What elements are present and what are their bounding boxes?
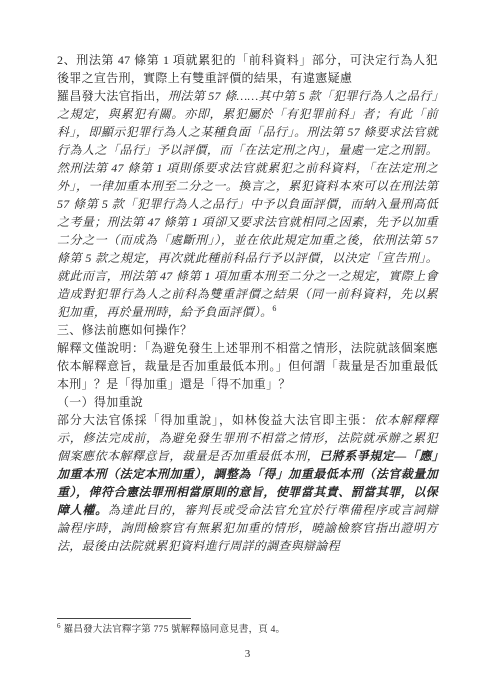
footnote-reference-6: 6 <box>272 304 276 313</box>
page-number: 3 <box>57 648 438 660</box>
document-page: 2、刑法第 47 條第 1 項就累犯的「前科資料」部分，可決定行為人犯後罪之宣告… <box>0 0 494 700</box>
footnote-marker: 6 <box>57 622 61 630</box>
section-heading-2: 2、刑法第 47 條第 1 項就累犯的「前科資料」部分，可決定行為人犯後罪之宣告… <box>57 51 438 87</box>
footnote-area: 6羅昌發大法官釋字第 775 號解釋協同意見書，頁 4。 3 <box>57 618 438 637</box>
page-content: 2、刑法第 47 條第 1 項就累犯的「前科資料」部分，可決定行為人犯後罪之宣告… <box>57 51 438 555</box>
paragraph-ke-jiazhong-shuo: 部分大法官係採「得加重說」，如林俊益大法官即主張：依本解釋釋示，修法完成前，為避… <box>57 411 438 555</box>
quote-tail-text: 為達此目的，審判長或受命法官允宜於行準備程序或言詞辯論程序時，詢問檢察官有無累犯… <box>57 503 438 553</box>
paragraph-intro-text: 部分大法官係採「得加重說」，如林俊益大法官即主張： <box>57 413 374 427</box>
paragraph-interpretation: 解釋文僅說明：「為避免發生上述罪刑不相當之情形，法院就該個案應依本解釋意旨，裁量… <box>57 339 438 393</box>
footnote-text: 羅昌發大法官釋字第 775 號解釋協同意見書，頁 4。 <box>64 625 286 635</box>
footnote: 6羅昌發大法官釋字第 775 號解釋協同意見書，頁 4。 <box>57 624 438 637</box>
quote-body-text: 刑法第 57 條……其中第 5 款「犯罪行為人之品行」之規定，與累犯有關。亦即，… <box>57 89 438 319</box>
footnote-separator <box>57 618 191 619</box>
quote-paragraph-luo: 羅昌發大法官指出，刑法第 57 條……其中第 5 款「犯罪行為人之品行」之規定，… <box>57 87 438 321</box>
section-heading-3: 三、修法前應如何操作？ <box>57 321 438 339</box>
subheading-ke-jiazhong: （一）得加重說 <box>57 393 438 411</box>
quote-intro-text: 羅昌發大法官指出， <box>57 89 168 103</box>
